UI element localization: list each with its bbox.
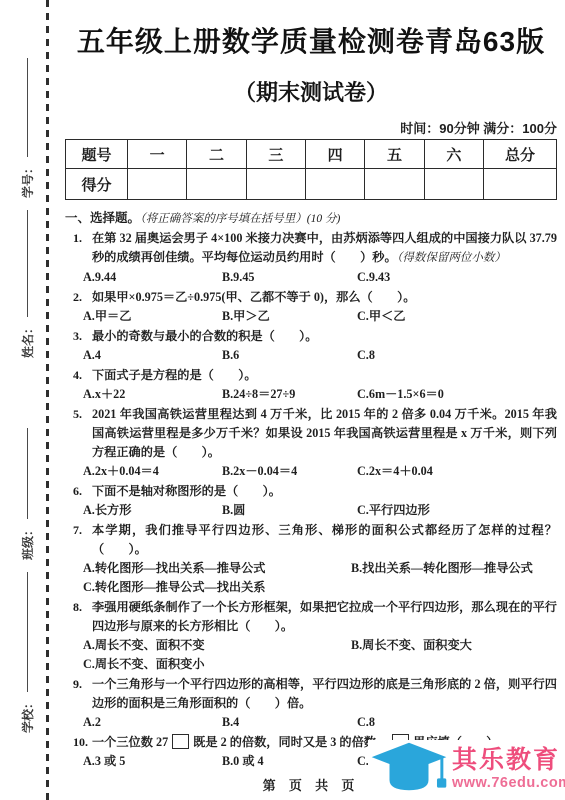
score-cell-4 (305, 169, 364, 200)
question-2: 2. 如果甲×0.975＝乙÷0.975(甲、乙都不等于 0)，那么（ ）。 A… (65, 288, 557, 326)
question-10-number: 10. (73, 733, 88, 752)
paper-subtitle: （期末测试卷） (65, 79, 557, 107)
header-question-number: 题号 (66, 140, 128, 169)
option-b: B.2x－0.04＝4 (222, 462, 357, 481)
section-heading: 一、选择题。（将正确答案的序号填在括号里）(10 分) (65, 209, 557, 229)
paper-content: 五年级上册数学质量检测卷青岛63版 （期末测试卷） 时间：90分钟 满分：100… (65, 0, 557, 772)
question-1: 1. 在第 32 届奥运会男子 4×100 米接力决赛中，由苏炳添等四人组成的中… (65, 229, 557, 287)
header-section-5: 五 (365, 140, 424, 169)
option-a: A.4 (83, 346, 222, 365)
section-note: （将正确答案的序号填在括号里）(10 分) (140, 213, 340, 225)
score-cell-6 (424, 169, 483, 200)
question-7: 7. 本学期，我们推导平行四边形、三角形、梯形的面积公式都经历了怎样的过程？（ … (65, 521, 557, 597)
option-a: A.转化图形—找出关系—推导公式 (83, 559, 351, 578)
question-1-options: A.9.44 B.9.45 C.9.43 (83, 268, 557, 287)
brand-name: 其乐教育 (452, 747, 565, 774)
sidebar-field-name: 姓名： (16, 210, 38, 358)
option-b: B.24÷8＝27÷9 (222, 385, 357, 404)
question-9: 9. 一个三角形与一个平行四边形的高相等，平行四边形的底是三角形底的 2 倍，则… (65, 675, 557, 732)
score-table-score-row: 得分 (66, 169, 557, 200)
question-6-number: 6. (73, 482, 82, 501)
header-section-6: 六 (424, 140, 483, 169)
header-section-2: 二 (187, 140, 246, 169)
question-5-options: A.2x＋0.04＝4 B.2x－0.04＝4 C.2x＝4＋0.04 (83, 462, 557, 481)
question-4: 4. 下面式子是方程的是（ ）。 A.x＋22 B.24÷8＝27÷9 C.6m… (65, 366, 557, 404)
option-c: C.2x＝4＋0.04 (357, 462, 557, 481)
sidebar-field-school: 学校： (16, 572, 38, 733)
time-score-meta: 时间：90分钟 满分：100分 (65, 121, 557, 136)
option-c: C.8 (357, 713, 557, 732)
question-3-text: 最小的奇数与最小的合数的积是（ ）。 (92, 327, 557, 346)
question-9-number: 9. (73, 675, 82, 694)
option-c: C.转化图形—推导公式—找出关系 (83, 578, 351, 597)
question-7-number: 7. (73, 521, 82, 540)
question-6-text: 下面不是轴对称图形的是（ ）。 (92, 482, 557, 501)
option-b: B.周长不变、面积变大 (351, 636, 557, 655)
option-c: C.平行四边形 (357, 501, 557, 520)
option-a: A.长方形 (83, 501, 222, 520)
question-1-number: 1. (73, 229, 82, 248)
question-2-number: 2. (73, 288, 82, 307)
option-a: A.x＋22 (83, 385, 222, 404)
question-4-options: A.x＋22 B.24÷8＝27÷9 C.6m－1.5×6＝0 (83, 385, 557, 404)
brand-text: 其乐教育 www.76edu.com (452, 747, 565, 792)
option-b: B.4 (222, 713, 357, 732)
header-section-4: 四 (305, 140, 364, 169)
sidebar-field-class: 班级： (16, 428, 38, 560)
question-6: 6. 下面不是轴对称图形的是（ ）。 A.长方形 B.圆 C.平行四边形 (65, 482, 557, 520)
school-blank-line (27, 572, 28, 692)
option-a: A.周长不变、面积不变 (83, 636, 351, 655)
score-cell-1 (128, 169, 187, 200)
score-table-header-row: 题号 一 二 三 四 五 六 总分 (66, 140, 557, 169)
student-id-blank-line (27, 58, 28, 157)
option-b: B.0 或 4 (222, 752, 357, 771)
graduation-cap-icon (370, 740, 448, 798)
question-4-number: 4. (73, 366, 82, 385)
option-b: B.甲＞乙 (222, 307, 357, 326)
option-b: B.找出关系—转化图形—推导公式 (351, 559, 557, 578)
question-8-number: 8. (73, 598, 82, 617)
name-blank-line (27, 210, 28, 317)
score-table: 题号 一 二 三 四 五 六 总分 得分 (65, 139, 557, 200)
question-1-text: 在第 32 届奥运会男子 4×100 米接力决赛中，由苏炳添等四人组成的中国接力… (92, 229, 557, 268)
header-section-3: 三 (246, 140, 305, 169)
binding-dashed-line (46, 0, 49, 800)
name-label: 姓名： (19, 322, 36, 358)
header-total: 总分 (484, 140, 557, 169)
class-blank-line (27, 428, 28, 519)
header-section-1: 一 (128, 140, 187, 169)
option-c: C.8 (357, 346, 557, 365)
question-8-text: 李强用硬纸条制作了一个长方形框架，如果把它拉成一个平行四边形，那么现在的平行四边… (92, 598, 557, 636)
option-c: C.周长不变、面积变小 (83, 655, 351, 674)
score-cell-total (484, 169, 557, 200)
option-a: A.9.44 (83, 268, 222, 287)
answer-box (172, 734, 189, 749)
option-b: B.6 (222, 346, 357, 365)
option-c: C.9.43 (357, 268, 557, 287)
question-2-options: A.甲＝乙 B.甲＞乙 C.甲＜乙 (83, 307, 557, 326)
question-8-options: A.周长不变、面积不变 B.周长不变、面积变大 C.周长不变、面积变小 (83, 636, 557, 674)
paper-title: 五年级上册数学质量检测卷青岛63版 (65, 24, 557, 60)
student-id-label: 学号： (19, 162, 36, 198)
question-5-text: 2021 年我国高铁运营里程达到 4 万千米，比 2015 年的 2 倍多 0.… (92, 405, 557, 462)
question-4-text: 下面式子是方程的是（ ）。 (92, 366, 557, 385)
option-c: C.6m－1.5×6＝0 (357, 385, 557, 404)
score-cell-5 (365, 169, 424, 200)
option-b: B.圆 (222, 501, 357, 520)
brand-url: www.76edu.com (452, 774, 565, 792)
question-3-number: 3. (73, 327, 82, 346)
question-8: 8. 李强用硬纸条制作了一个长方形框架，如果把它拉成一个平行四边形，那么现在的平… (65, 598, 557, 674)
option-c: C.甲＜乙 (357, 307, 557, 326)
question-5: 5. 2021 年我国高铁运营里程达到 4 万千米，比 2015 年的 2 倍多… (65, 405, 557, 481)
option-a: A.2 (83, 713, 222, 732)
exam-paper: 学号： 姓名： 班级： 学校： 五年级上册数学质量检测卷青岛63版 （期末测试卷… (0, 0, 565, 800)
question-7-text: 本学期，我们推导平行四边形、三角形、梯形的面积公式都经历了怎样的过程？（ ）。 (92, 521, 557, 559)
option-b: B.9.45 (222, 268, 357, 287)
question-3: 3. 最小的奇数与最小的合数的积是（ ）。 A.4 B.6 C.8 (65, 327, 557, 365)
sidebar-field-student-id: 学号： (16, 58, 38, 198)
question-9-options: A.2 B.4 C.8 (83, 713, 557, 732)
score-cell-3 (246, 169, 305, 200)
question-6-options: A.长方形 B.圆 C.平行四边形 (83, 501, 557, 520)
question-5-number: 5. (73, 405, 82, 424)
brand-logo: 其乐教育 www.76edu.com (368, 740, 565, 798)
section-title: 一、选择题。 (65, 211, 140, 225)
class-label: 班级： (19, 524, 36, 560)
score-cell-2 (187, 169, 246, 200)
score-row-label: 得分 (66, 169, 128, 200)
school-label: 学校： (19, 697, 36, 733)
question-7-options: A.转化图形—找出关系—推导公式 B.找出关系—转化图形—推导公式 C.转化图形… (83, 559, 557, 597)
question-9-text: 一个三角形与一个平行四边形的高相等，平行四边形的底是三角形底的 2 倍，则平行四… (92, 675, 557, 713)
option-a: A.甲＝乙 (83, 307, 222, 326)
option-a: A.3 或 5 (83, 752, 222, 771)
question-1-note: （得数保留两位小数） (397, 252, 506, 264)
option-a: A.2x＋0.04＝4 (83, 462, 222, 481)
question-3-options: A.4 B.6 C.8 (83, 346, 557, 365)
question-2-text: 如果甲×0.975＝乙÷0.975(甲、乙都不等于 0)，那么（ ）。 (92, 288, 557, 307)
